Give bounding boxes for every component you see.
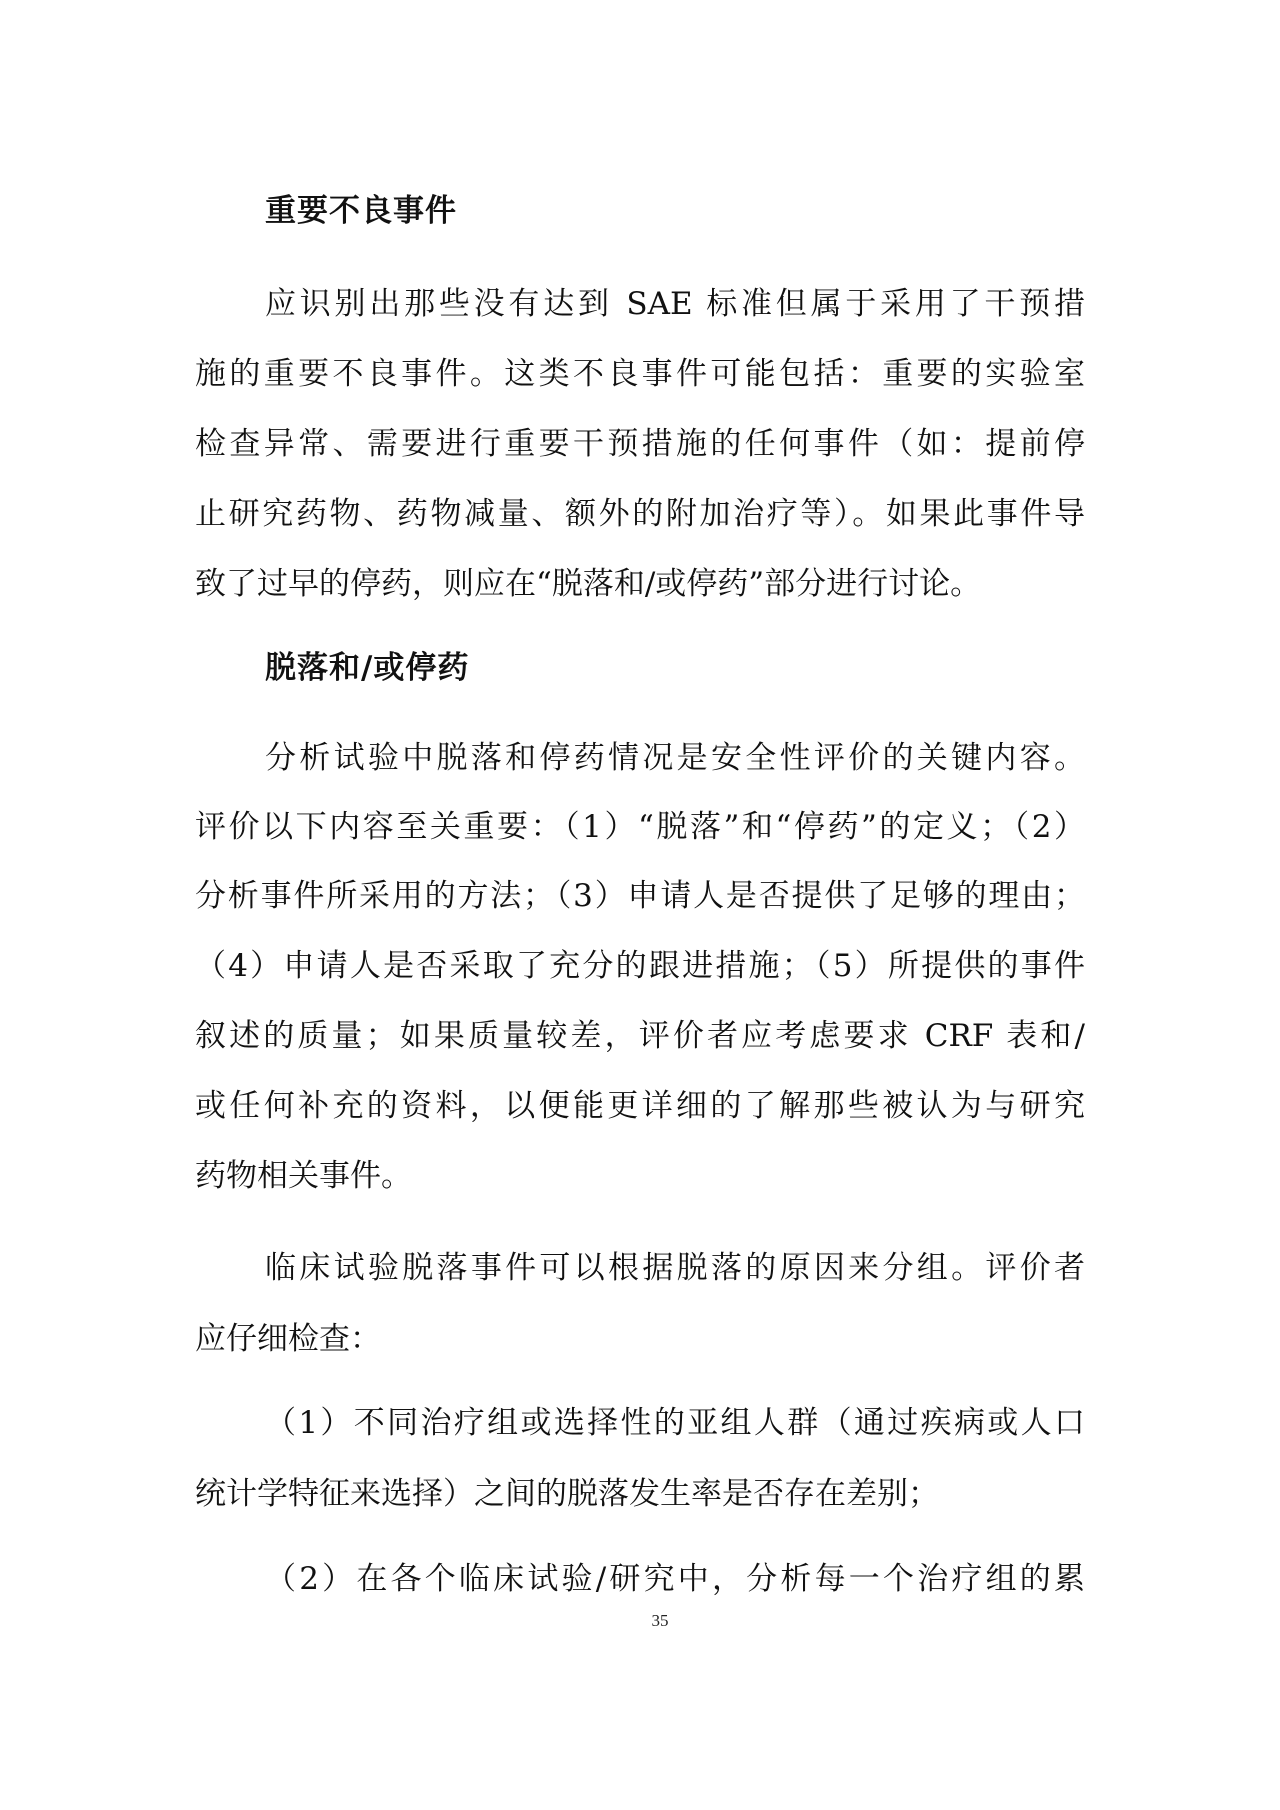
paragraph-line: 止研究药物、药物减量、额外的附加治疗等）。如果此事件导 [195,494,1085,534]
section-heading-dropout-discontinuation: 脱落和/或停药 [265,648,765,688]
list-item-line: 统计学特征来选择）之间的脱落发生率是否存在差别； [195,1474,1085,1514]
paragraph-line: 评价以下内容至关重要：（1）“脱落”和“停药”的定义；（2） [195,807,1085,847]
paragraph-line: 或任何补充的资料，以便能更详细的了解那些被认为与研究 [195,1086,1085,1126]
list-item-line: （2）在各个临床试验/研究中，分析每一个治疗组的累 [265,1559,1085,1599]
paragraph-line: 应识别出那些没有达到 SAE 标准但属于采用了干预措 [265,284,1085,324]
paragraph-line: 分析事件所采用的方法；（3）申请人是否提供了足够的理由； [195,876,1085,916]
paragraph-line: 应仔细检查： [195,1319,1085,1359]
paragraph-line: 施的重要不良事件。这类不良事件可能包括：重要的实验室 [195,354,1085,394]
document-page: 重要不良事件 应识别出那些没有达到 SAE 标准但属于采用了干预措 施的重要不良… [0,0,1280,1810]
section-heading-important-adverse-events: 重要不良事件 [265,191,765,231]
paragraph-line: 分析试验中脱落和停药情况是安全性评价的关键内容。 [265,738,1085,778]
paragraph-line: 叙述的质量；如果质量较差，评价者应考虑要求 CRF 表和/ [195,1016,1085,1056]
paragraph-line: 药物相关事件。 [195,1156,1085,1196]
paragraph-line: 临床试验脱落事件可以根据脱落的原因来分组。评价者 [265,1248,1085,1288]
paragraph-line: （4）申请人是否采取了充分的跟进措施；（5）所提供的事件 [195,946,1085,986]
paragraph-line: 致了过早的停药，则应在“脱落和/或停药”部分进行讨论。 [195,564,1085,604]
list-item-line: （1）不同治疗组或选择性的亚组人群（通过疾病或人口 [265,1403,1085,1443]
page-number: 35 [600,1611,720,1631]
paragraph-line: 检查异常、需要进行重要干预措施的任何事件（如：提前停 [195,424,1085,464]
